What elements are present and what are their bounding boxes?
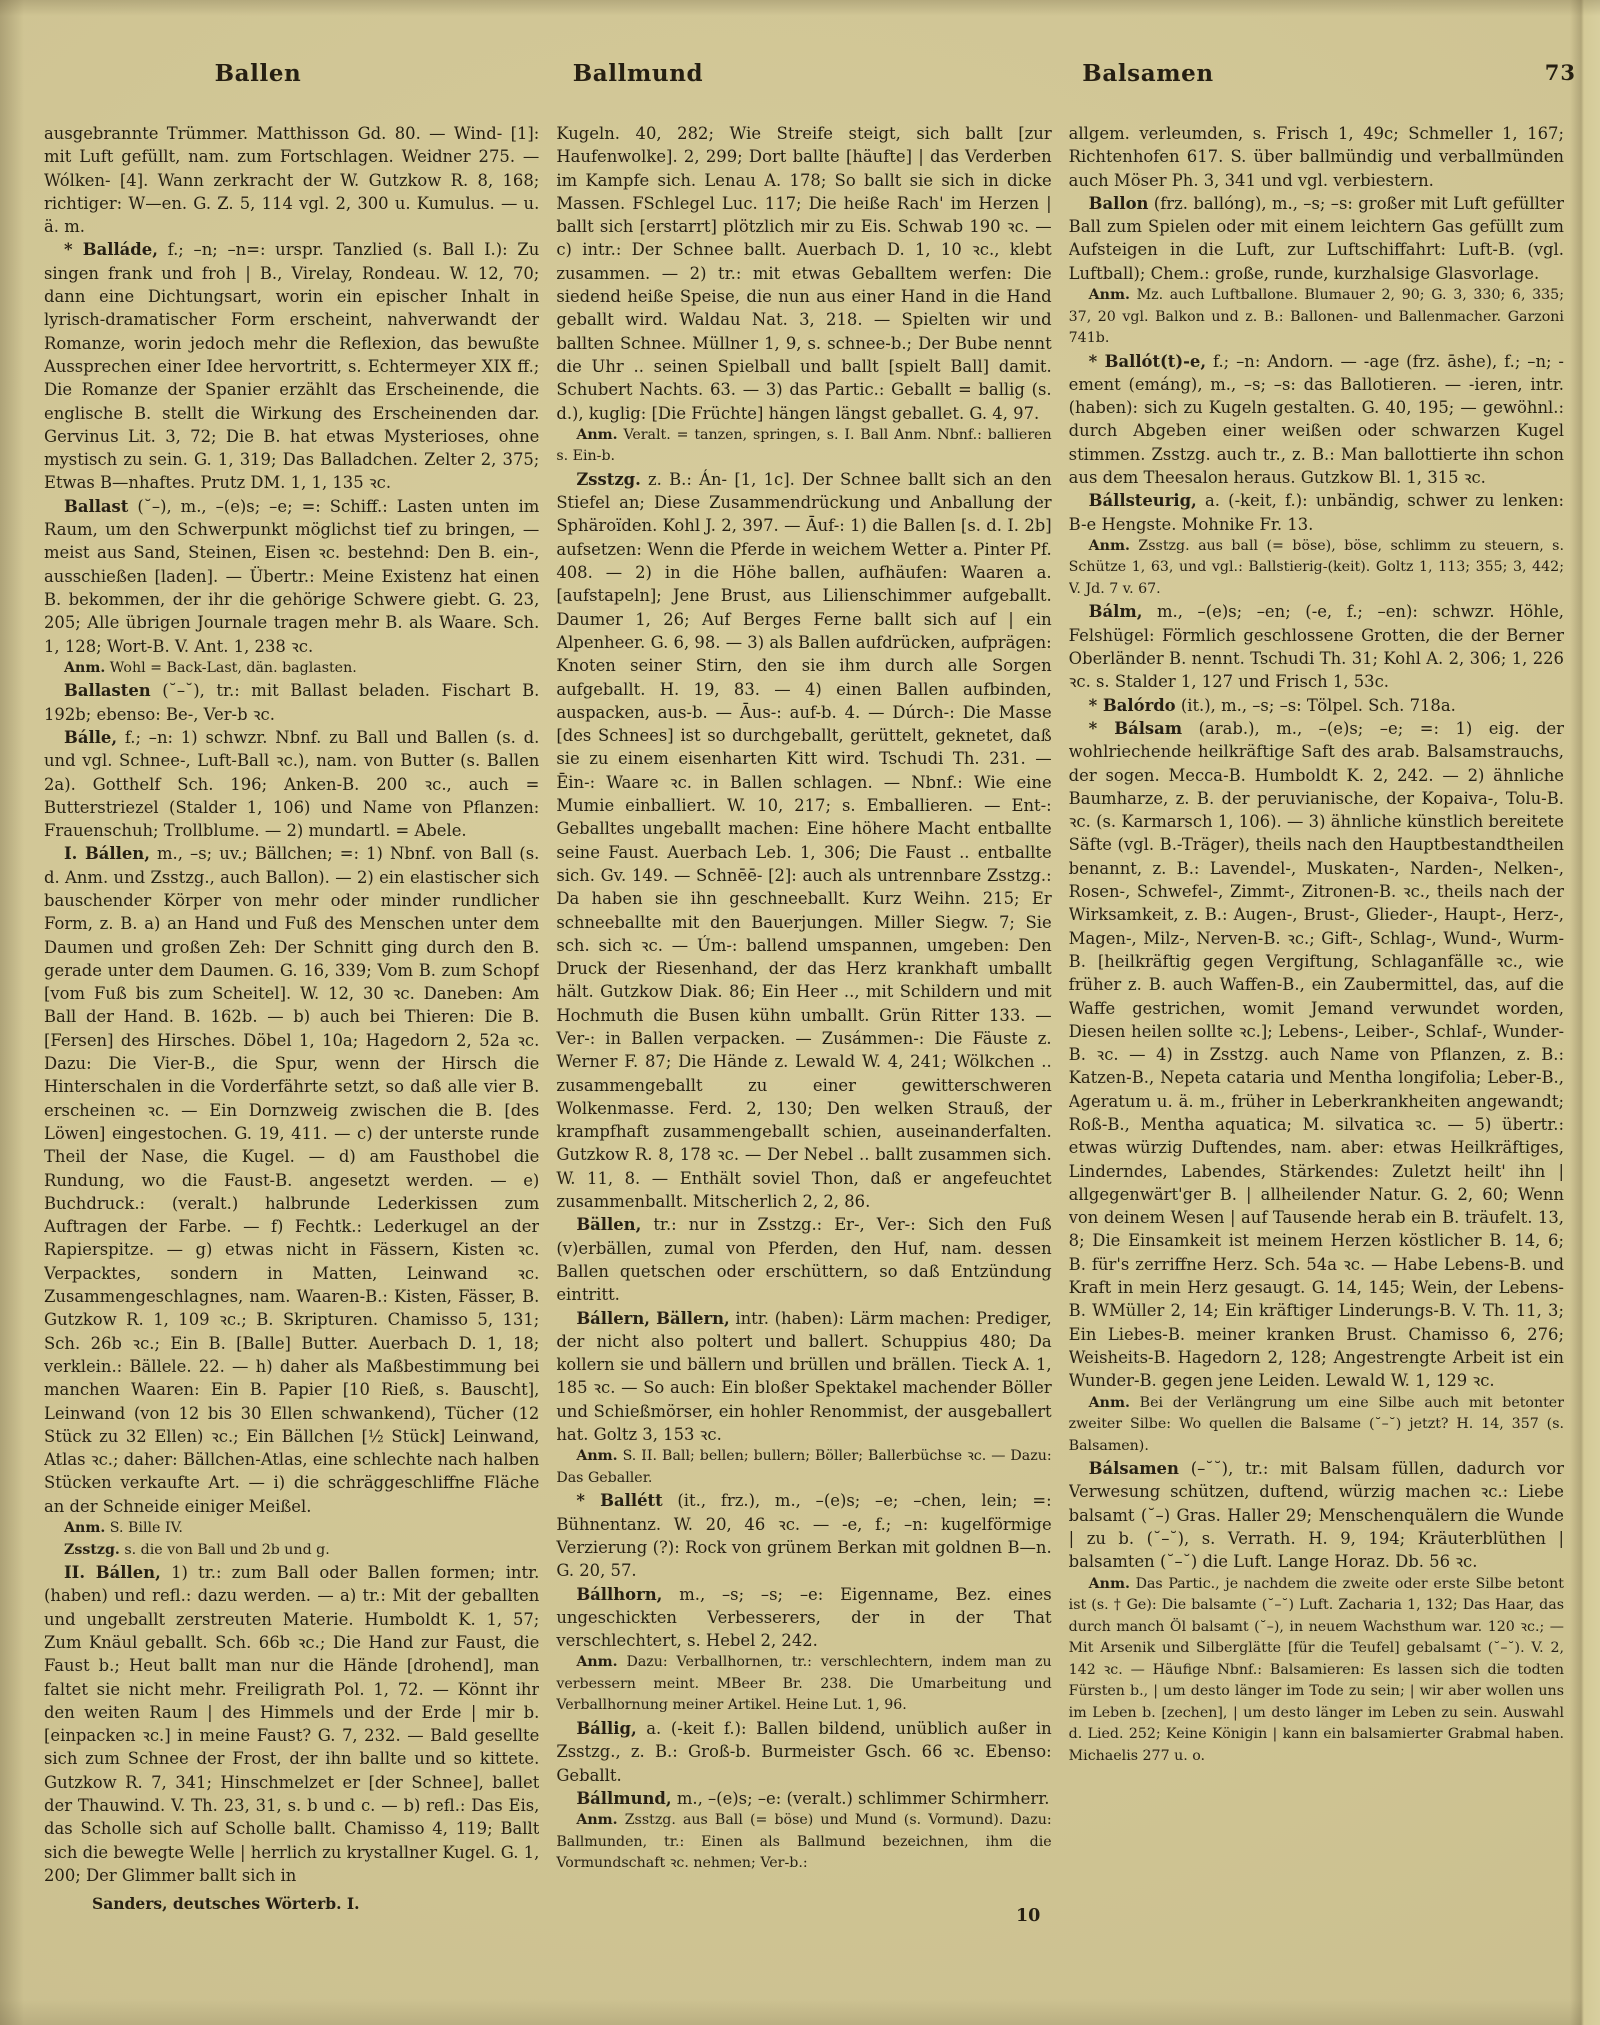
entry-paragraph: Anm. Zsstzg. aus ball (= böse), böse, sc… bbox=[1069, 536, 1564, 601]
headword: * Ballétt bbox=[576, 1491, 662, 1510]
entry-text: Wohl = Back-Last, dän. baglasten. bbox=[105, 660, 356, 676]
page-number: 73 bbox=[1545, 60, 1576, 85]
headword: Bálle, bbox=[64, 728, 117, 747]
headword: * Balláde, bbox=[64, 240, 158, 259]
entry-paragraph: Anm. Veralt. = tanzen, springen, s. I. B… bbox=[556, 425, 1051, 468]
entry-paragraph: Anm. S. II. Ball; bellen; bullern; Bölle… bbox=[556, 1446, 1051, 1489]
entry-paragraph: Anm. Bei der Verlängrung um eine Silbe a… bbox=[1069, 1393, 1564, 1458]
headword: Bällen, bbox=[576, 1215, 641, 1234]
entry-paragraph: Zsstzg. s. die von Ball und 2b und g. bbox=[44, 1540, 539, 1562]
entry-paragraph: * Ballétt (it., frz.), m., –(e)s; –e; –c… bbox=[556, 1489, 1051, 1582]
headword: Zsstzg. bbox=[64, 1542, 120, 1558]
entry-text: m., –(e)s; –e: (veralt.) schlimmer Schir… bbox=[672, 1789, 1050, 1808]
entry-paragraph: Ballast (˘–), m., –(e)s; –e; =: Schiff.:… bbox=[44, 495, 539, 658]
entry-paragraph: Kugeln. 40, 282; Wie Streife steigt, sic… bbox=[556, 122, 1051, 425]
headword: Bállern, Bällern, bbox=[576, 1309, 729, 1328]
entry-paragraph: Bällen, tr.: nur in Zsstzg.: Er-, Ver-: … bbox=[556, 1213, 1051, 1306]
text-columns: ausgebrannte Trümmer. Matthisson Gd. 80.… bbox=[44, 122, 1564, 1890]
headword: Anm. bbox=[1089, 1395, 1130, 1411]
entry-text: Veralt. = tanzen, springen, s. I. Ball A… bbox=[556, 427, 1051, 465]
entry-text: Mz. auch Luftballone. Blumauer 2, 90; G.… bbox=[1069, 287, 1564, 346]
headword: Ballon bbox=[1089, 194, 1149, 213]
headword: Bállsteurig, bbox=[1089, 491, 1197, 510]
entry-paragraph: Bálm, m., –(e)s; –en; (-e, f.; –en): sch… bbox=[1069, 600, 1564, 693]
entry-text: intr. (haben): Lärm machen: Prediger, de… bbox=[556, 1309, 1051, 1444]
entry-text: m., –s; uv.; Bällchen; =: 1) Nbnf. von B… bbox=[44, 844, 539, 1515]
entry-paragraph: Zsstzg. z. B.: Án- [1, 1c]. Der Schnee b… bbox=[556, 468, 1051, 1214]
entry-paragraph: Ballasten (˘–˘), tr.: mit Ballast belade… bbox=[44, 679, 539, 726]
headword: Bálm, bbox=[1089, 602, 1143, 621]
entry-paragraph: Anm. Wohl = Back-Last, dän. baglasten. bbox=[44, 658, 539, 680]
headword: * Ballót(t)-e, bbox=[1089, 352, 1206, 371]
headword: Anm. bbox=[64, 1520, 105, 1536]
headword: Bálsamen bbox=[1089, 1459, 1179, 1478]
running-head-left: Ballen bbox=[215, 60, 302, 87]
entry-paragraph: ausgebrannte Trümmer. Matthisson Gd. 80.… bbox=[44, 122, 539, 238]
entry-paragraph: Bállhorn, m., –s; –s; –e: Eigenname, Bez… bbox=[556, 1583, 1051, 1653]
entry-paragraph: * Balórdo (it.), m., –s; –s: Tölpel. Sch… bbox=[1069, 694, 1564, 717]
entry-paragraph: Bállmund, m., –(e)s; –e: (veralt.) schli… bbox=[556, 1787, 1051, 1810]
entry-text: allgem. verleumden, s. Frisch 1, 49c; Sc… bbox=[1069, 124, 1564, 190]
entry-text: z. B.: Án- [1, 1c]. Der Schnee ballt sic… bbox=[556, 470, 1051, 1211]
headword: II. Bállen, bbox=[64, 1563, 161, 1582]
entry-paragraph: Anm. S. Bille IV. bbox=[44, 1518, 539, 1540]
headword: Bállhorn, bbox=[576, 1585, 662, 1604]
entry-text: m., –(e)s; –en; (-e, f.; –en): schwzr. H… bbox=[1069, 602, 1564, 691]
column-3: allgem. verleumden, s. Frisch 1, 49c; Sc… bbox=[1069, 122, 1564, 1890]
headword: Anm. bbox=[64, 660, 105, 676]
running-head-right: Balsamen bbox=[1082, 60, 1213, 87]
sheet-number: 10 bbox=[1016, 1906, 1040, 1926]
headword: Anm. bbox=[1089, 538, 1130, 554]
running-head-center: Ballmund bbox=[573, 60, 703, 87]
headword: * Balórdo bbox=[1089, 696, 1176, 715]
entry-text: f.; –n; –n=: urspr. Tanzlied (s. Ball I.… bbox=[44, 240, 539, 492]
entry-paragraph: allgem. verleumden, s. Frisch 1, 49c; Sc… bbox=[1069, 122, 1564, 192]
entry-text: S. Bille IV. bbox=[105, 1520, 183, 1536]
headword: Bállig, bbox=[576, 1719, 636, 1738]
entry-text: 1) tr.: zum Ball oder Ballen formen; int… bbox=[44, 1563, 539, 1885]
entry-paragraph: * Bálsam (arab.), m., –(e)s; –e; =: 1) e… bbox=[1069, 717, 1564, 1393]
headword: I. Bállen, bbox=[64, 844, 150, 863]
entry-text: (arab.), m., –(e)s; –e; =: 1) eig. der w… bbox=[1069, 719, 1564, 1390]
entry-text: Bei der Verlängrung um eine Silbe auch m… bbox=[1069, 1395, 1564, 1454]
headword: Anm. bbox=[576, 427, 617, 443]
headword: Ballast bbox=[64, 497, 128, 516]
headword: Anm. bbox=[576, 1448, 617, 1464]
entry-text: Zsstzg. aus Ball (= böse) und Mund (s. V… bbox=[556, 1812, 1051, 1871]
entry-text: Kugeln. 40, 282; Wie Streife steigt, sic… bbox=[556, 124, 1051, 423]
entry-paragraph: * Ballót(t)-e, f.; –n: Andorn. — -age (f… bbox=[1069, 350, 1564, 490]
headword: * Bálsam bbox=[1089, 719, 1182, 738]
entry-paragraph: Bállern, Bällern, intr. (haben): Lärm ma… bbox=[556, 1307, 1051, 1447]
entry-text: f.; –n: Andorn. — -age (frz. āshe), f.; … bbox=[1069, 352, 1564, 487]
volume-signature: Sanders, deutsches Wörterb. I. bbox=[92, 1894, 360, 1913]
entry-paragraph: * Balláde, f.; –n; –n=: urspr. Tanzlied … bbox=[44, 238, 539, 494]
entry-paragraph: Anm. Mz. auch Luftballone. Blumauer 2, 9… bbox=[1069, 285, 1564, 350]
entry-paragraph: Bálle, f.; –n: 1) schwzr. Nbnf. zu Ball … bbox=[44, 726, 539, 842]
entry-text: Zsstzg. aus ball (= böse), böse, schlimm… bbox=[1069, 538, 1564, 597]
entry-text: S. II. Ball; bellen; bullern; Böller; Ba… bbox=[556, 1448, 1051, 1486]
entry-paragraph: Bállig, a. (-keit f.): Ballen bildend, u… bbox=[556, 1717, 1051, 1787]
entry-paragraph: II. Bállen, 1) tr.: zum Ball oder Ballen… bbox=[44, 1561, 539, 1887]
entry-text: ausgebrannte Trümmer. Matthisson Gd. 80.… bbox=[44, 124, 539, 236]
entry-paragraph: Ballon (frz. ballóng), m., –s; –s: große… bbox=[1069, 192, 1564, 285]
headword: Bállmund, bbox=[576, 1789, 671, 1808]
column-2: Kugeln. 40, 282; Wie Streife steigt, sic… bbox=[556, 122, 1051, 1890]
entry-paragraph: Anm. Dazu: Verballhornen, tr.: verschlec… bbox=[556, 1652, 1051, 1717]
column-1: ausgebrannte Trümmer. Matthisson Gd. 80.… bbox=[44, 122, 539, 1890]
headword: Zsstzg. bbox=[576, 470, 640, 489]
entry-text: Das Partic., je nachdem die zweite oder … bbox=[1069, 1576, 1564, 1764]
headword: Anm. bbox=[1089, 1576, 1130, 1592]
headword: Ballasten bbox=[64, 681, 151, 700]
entry-text: s. die von Ball und 2b und g. bbox=[120, 1542, 330, 1558]
entry-paragraph: I. Bállen, m., –s; uv.; Bällchen; =: 1) … bbox=[44, 842, 539, 1518]
entry-paragraph: Bállsteurig, a. (-keit, f.): unbändig, s… bbox=[1069, 489, 1564, 536]
entry-text: (˘–), m., –(e)s; –e; =: Schiff.: Lasten … bbox=[44, 497, 539, 656]
headword: Anm. bbox=[576, 1812, 617, 1828]
entry-text: (it.), m., –s; –s: Tölpel. Sch. 718a. bbox=[1176, 696, 1456, 715]
entry-paragraph: Anm. Das Partic., je nachdem die zweite … bbox=[1069, 1574, 1564, 1768]
entry-paragraph: Bálsamen (–˘˘), tr.: mit Balsam füllen, … bbox=[1069, 1457, 1564, 1573]
entry-text: f.; –n: 1) schwzr. Nbnf. zu Ball und Bal… bbox=[44, 728, 539, 840]
entry-text: Dazu: Verballhornen, tr.: verschlechtern… bbox=[556, 1654, 1051, 1713]
headword: Anm. bbox=[576, 1654, 617, 1670]
entry-paragraph: Anm. Zsstzg. aus Ball (= böse) und Mund … bbox=[556, 1810, 1051, 1875]
dictionary-page: Ballen Ballmund Balsamen 73 ausgebrannte… bbox=[0, 0, 1600, 2025]
headword: Anm. bbox=[1089, 287, 1130, 303]
